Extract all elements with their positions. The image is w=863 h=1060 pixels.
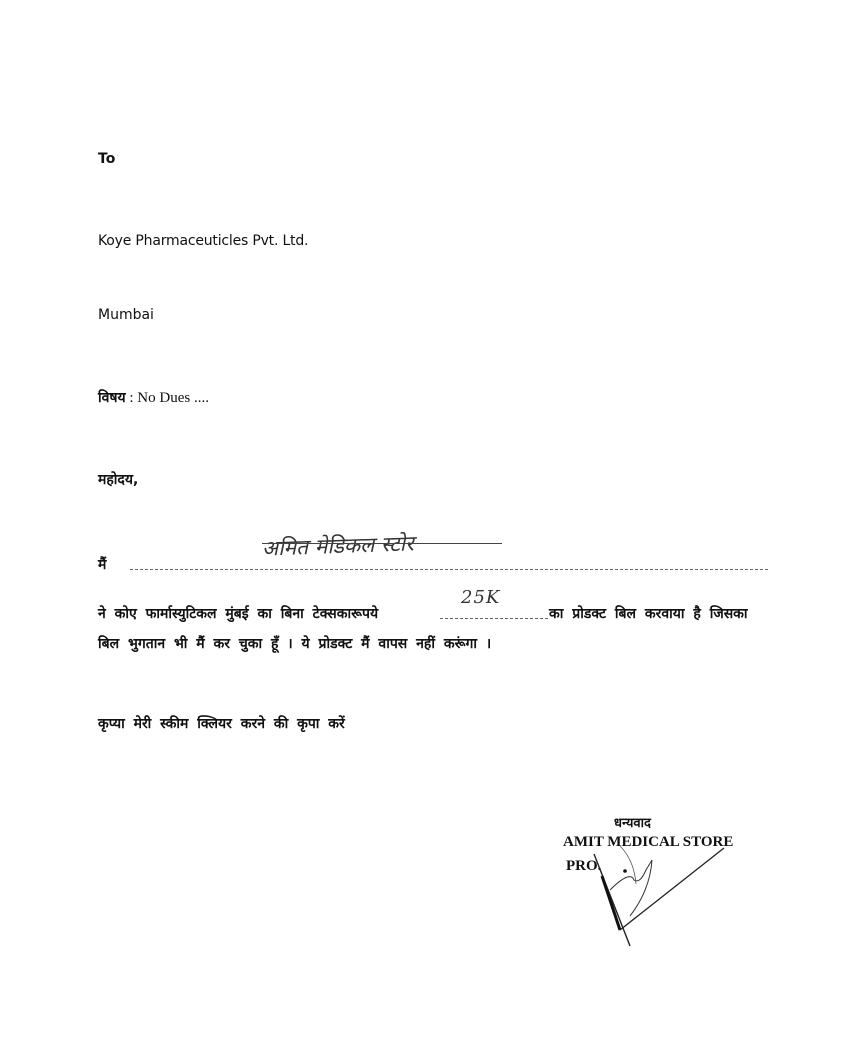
subject-label: विषय [98, 390, 126, 406]
salutation: महोदय, [98, 470, 138, 489]
recipient-company: Koye Pharmaceuticles Pvt. Ltd. [98, 233, 308, 249]
subject-separator: : [126, 390, 138, 406]
signature-icon [590, 840, 730, 960]
request-line: कृप्या मेरी स्कीम क्लियर करने की कृपा कर… [98, 714, 345, 733]
subject-line: विषय : No Dues .... [98, 388, 209, 407]
body-line-2: बिल भुगतान भी मैं कर चुका हूँ । ये प्रोड… [98, 634, 491, 653]
amount-fill-line [440, 618, 548, 619]
closing-thanks: धन्यवाद [614, 813, 651, 831]
recipient-city: Mumbai [98, 307, 154, 323]
subject-text: No Dues .... [137, 390, 209, 406]
recipient-label: To [98, 151, 115, 167]
handwriting-stroke [262, 543, 502, 544]
body-line-1-prefix: ने कोए फार्मास्युटिकल मुंबई का बिना टेक्… [98, 604, 378, 623]
body-pronoun: मैं [98, 555, 106, 574]
body-line-1-suffix: का प्रोडक्ट बिल करवाया है जिसका [549, 604, 748, 623]
handwritten-amount: 25K [461, 587, 500, 608]
name-fill-line [130, 569, 768, 570]
handwritten-store-name: अमित मेडिकल स्टोर [262, 529, 415, 562]
